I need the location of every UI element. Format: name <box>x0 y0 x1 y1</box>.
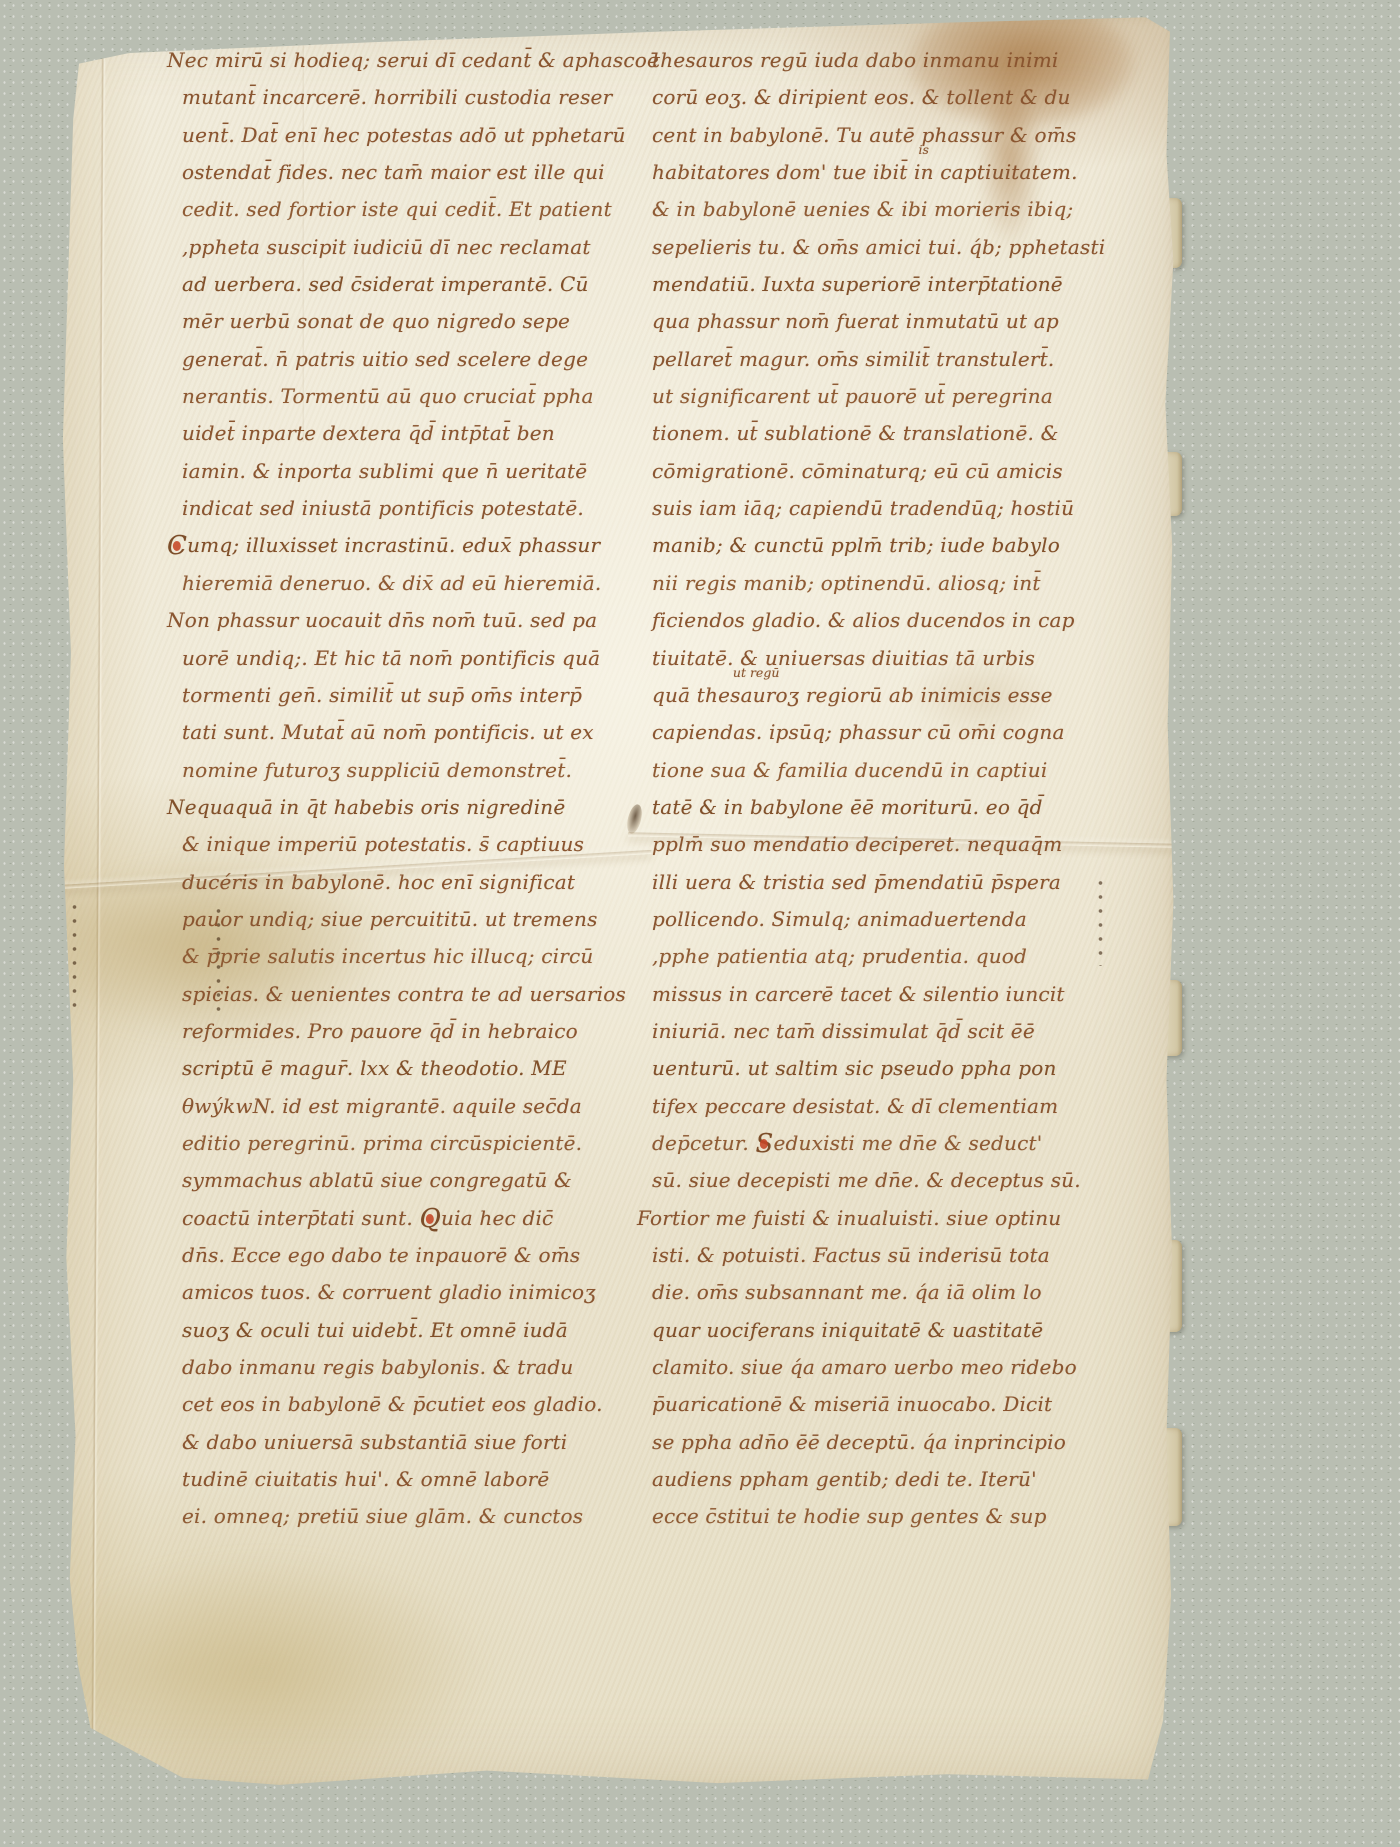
manuscript-line: tati sunt. Mutat̄ aū nom̄ pontificis. ut… <box>182 714 658 751</box>
manuscript-line: tionem. ut̄ sublationē & translationē. & <box>652 415 1128 452</box>
manuscript-line: illi uera & tristia sed p̄mendatiū p̄spe… <box>652 864 1128 901</box>
manuscript-line: coactū interp̄tati sunt. Quia hec dic̄ <box>182 1200 658 1237</box>
manuscript-line: suis iam iāq; capiendū tradendūq; hostiū <box>652 490 1128 527</box>
manuscript-line: nerantis. Tormentū aū quo cruciat̄ ppha <box>182 378 658 415</box>
manuscript-line: quā thesauroʒ regiorū ab inimicis esseut… <box>652 677 1128 714</box>
manuscript-line: manib; & cunctū pplm̄ trib; iude babylo <box>652 527 1128 564</box>
manuscript-line: tiuitatē. & uniuersas diuitias tā urbis <box>652 640 1128 677</box>
manuscript-line: ,ppheta suscipit iudiciū dī nec reclamat <box>182 229 658 266</box>
manuscript-line: reformides. Pro pauore q̄d̄ in hebraico <box>182 1013 658 1050</box>
manuscript-line: tormenti gen̄. similit̄ ut sup̄ om̄s int… <box>182 677 658 714</box>
manuscript-line: Nequaquā in q̄t habebis oris nigredinē <box>167 789 658 826</box>
manuscript-line: iamin. & inporta sublimi que n̄ ueritatē <box>182 453 658 490</box>
manuscript-line: mendatiū. Iuxta superiorē interp̄tationē <box>652 266 1128 303</box>
manuscript-line: p̄uaricationē & miseriā inuocabo. Dicit <box>652 1386 1128 1423</box>
manuscript-line: cent in babylonē. Tu autē phassur & om̄s <box>652 117 1128 154</box>
manuscript-line: Cumq; illuxisset incrastinū. edux̄ phass… <box>167 527 658 564</box>
interlinear-note: ut regū <box>733 667 779 679</box>
manuscript-line: suoʒ & oculi tui uidebt̄. Et omnē iudā <box>182 1312 658 1349</box>
manuscript-line: audiens ppham gentib; dedi te. Iterū' <box>652 1461 1128 1498</box>
manuscript-line: corū eoʒ. & diripient eos. & tollent & d… <box>652 79 1128 116</box>
manuscript-line: & in babylonē uenies & ibi morieris ibiq… <box>652 191 1128 228</box>
manuscript-line: ,pphe patientia atq; prudentia. quod <box>652 938 1128 975</box>
manuscript-line: clamito. siue q́a amaro uerbo meo ridebo <box>652 1349 1128 1386</box>
manuscript-line: nii regis manib; optinendū. aliosq; int̄ <box>652 565 1128 602</box>
manuscript-line: se ppha adn̄o ēē deceptū. q́a inprincipi… <box>652 1424 1128 1461</box>
manuscript-line: amicos tuos. & corruent gladio inimicoʒ <box>182 1274 658 1311</box>
manuscript-line: Fortior me fuisti & inualuisti. siue opt… <box>637 1200 1128 1237</box>
manuscript-line: pauor undiq; siue percuititū. ut tremens <box>182 901 658 938</box>
manuscript-line: Nec mirū si hodieq; serui dī cedant̄ & a… <box>167 42 658 79</box>
text-column-left: Nec mirū si hodieq; serui dī cedant̄ & a… <box>182 42 658 1536</box>
manuscript-line: isti. & potuisti. Factus sū inderisū tot… <box>652 1237 1128 1274</box>
manuscript-line: cedit. sed fortior iste qui cedit̄. Et p… <box>182 191 658 228</box>
manuscript-line: dep̄cetur. Seduxisti me dn̄e & seduct' <box>652 1125 1128 1162</box>
manuscript-line: editio peregrinū. prima circūspicientē. <box>182 1125 658 1162</box>
manuscript-line: & dabo uniuersā substantiā siue forti <box>182 1424 658 1461</box>
manuscript-line: cōmigrationē. cōminaturq; eū cū amicis <box>652 453 1128 490</box>
manuscript-line: ostendat̄ fides. nec tam̄ maior est ille… <box>182 154 658 191</box>
manuscript-line: pplm̄ suo mendatio deciperet. nequaq̄m <box>652 826 1128 863</box>
manuscript-line: generat̄. n̄ patris uitio sed scelere de… <box>182 341 658 378</box>
manuscript-line: sepelieris tu. & om̄s amici tui. q́b; pp… <box>652 229 1128 266</box>
manuscript-line: tione sua & familia ducendū in captiui <box>652 752 1128 789</box>
manuscript-line: uenturū. ut saltim sic pseudo ppha pon <box>652 1050 1128 1087</box>
manuscript-line: symmachus ablatū siue congregatū & <box>182 1162 658 1199</box>
manuscript-line: ei. omneq; pretiū siue glām. & cunctos <box>182 1498 658 1535</box>
manuscript-line: thesauros regū iuda dabo inmanu inimi <box>652 42 1128 79</box>
interlinear-note: is <box>919 144 929 156</box>
manuscript-line: pellaret̄ magur. om̄s similit̄ transtule… <box>652 341 1128 378</box>
manuscript-line: θwýkwN. id est migrantē. aquile sec̄da <box>182 1088 658 1125</box>
manuscript-line: missus in carcerē tacet & silentio iunci… <box>652 976 1128 1013</box>
manuscript-line: sū. siue decepisti me dn̄e. & deceptus s… <box>652 1162 1128 1199</box>
manuscript-line: mēr uerbū sonat de quo nigredo sepe <box>182 303 658 340</box>
manuscript-line: tudinē ciuitatis hui'. & omnē laborē <box>182 1461 658 1498</box>
manuscript-line: iniuriā. nec tam̄ dissimulat q̄d̄ scit ē… <box>652 1013 1128 1050</box>
manuscript-line: pollicendo. Simulq; animaduertenda <box>652 901 1128 938</box>
manuscript-line: hieremiā deneruo. & dix̄ ad eū hieremiā. <box>182 565 658 602</box>
manuscript-line: capiendas. ipsūq; phassur cū om̄i cogna <box>652 714 1128 751</box>
manuscript-line: & p̄prie salutis incertus hic illucq; ci… <box>182 938 658 975</box>
manuscript-line: spicias. & uenientes contra te ad uersar… <box>182 976 658 1013</box>
manuscript-line: nomine futuroʒ suppliciū demonstret̄. <box>182 752 658 789</box>
text-column-right: thesauros regū iuda dabo inmanu inimicor… <box>652 42 1128 1536</box>
manuscript-line: uidet̄ inparte dextera q̄d̄ intp̄tat̄ be… <box>182 415 658 452</box>
manuscript-line: dabo inmanu regis babylonis. & tradu <box>182 1349 658 1386</box>
manuscript-line: scriptū ē magur̄. lxx & theodotio. ME <box>182 1050 658 1087</box>
manuscript-photo: Nec mirū si hodieq; serui dī cedant̄ & a… <box>0 0 1400 1847</box>
manuscript-line: dn̄s. Ecce ego dabo te inpauorē & om̄s <box>182 1237 658 1274</box>
manuscript-line: uent̄. Dat̄ enī hec potestas adō ut pphe… <box>182 117 658 154</box>
stain-bottom-left <box>42 1558 482 1788</box>
manuscript-line: & inique imperiū potestatis. s̄ captiuus <box>182 826 658 863</box>
manuscript-line: uorē undiq;. Et hic tā nom̄ pontificis q… <box>182 640 658 677</box>
manuscript-line: ficiendos gladio. & alios ducendos in ca… <box>652 602 1128 639</box>
prick-marks-left <box>72 900 77 1016</box>
manuscript-line: Non phassur uocauit dn̄s nom̄ tuū. sed p… <box>167 602 658 639</box>
manuscript-line: ad uerbera. sed c̄siderat imperantē. Cū <box>182 266 658 303</box>
manuscript-line: mutant̄ incarcerē. horribili custodia re… <box>182 79 658 116</box>
parchment-leaf: Nec mirū si hodieq; serui dī cedant̄ & a… <box>26 12 1178 1792</box>
manuscript-line: tifex peccare desistat. & dī clementiam <box>652 1088 1128 1125</box>
manuscript-line: tatē & in babylone ēē moriturū. eo q̄d̄ <box>652 789 1128 826</box>
manuscript-line: habitatores dom' tue ibit̄ in captiuitat… <box>652 154 1128 191</box>
manuscript-line: ducéris in babylonē. hoc enī significat <box>182 864 658 901</box>
manuscript-line: cet eos in babylonē & p̄cutiet eos gladi… <box>182 1386 658 1423</box>
manuscript-line: indicat sed iniustā pontificis potestatē… <box>182 490 658 527</box>
manuscript-line: ecce c̄stitui te hodie sup gentes & sup <box>652 1498 1128 1535</box>
manuscript-line: qua phassur nom̄ fuerat inmutatū ut ap <box>652 303 1128 340</box>
manuscript-line: quar uociferans iniquitatē & uastitatē <box>652 1312 1128 1349</box>
manuscript-line: die. om̄s subsannant me. q́a iā olim lo <box>652 1274 1128 1311</box>
manuscript-line: ut significarent ut̄ pauorē ut̄ peregrin… <box>652 378 1128 415</box>
